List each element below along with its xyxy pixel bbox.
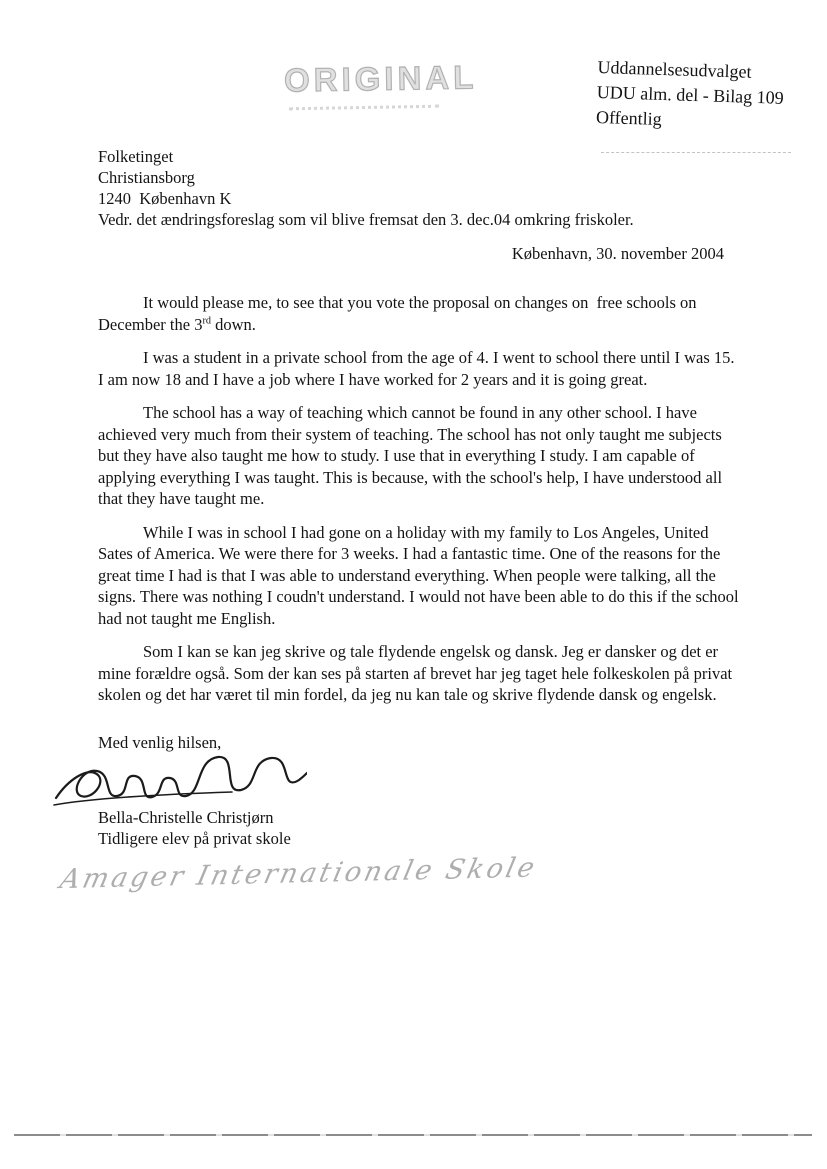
paragraph-1-text-end: down. [211,315,256,334]
paragraph-1-ordinal-superscript: rd [202,315,211,326]
subject-line: Vedr. det ændringsforeslag som vil blive… [98,209,634,230]
handwritten-school-note: Amager Internationale Skole [57,852,564,895]
paragraph-3: The school has a way of teaching which c… [98,402,743,510]
recipient-name: Folketinget [98,146,634,167]
bottom-scan-artifact-line [14,1134,812,1136]
scanned-letter-page: ORIGINAL Uddannelsesudvalget UDU alm. de… [0,0,827,1169]
paragraph-2: I was a student in a private school from… [98,347,743,390]
original-stamp: ORIGINAL [284,58,478,99]
recipient-building: Christiansborg [98,167,634,188]
original-stamp-underline [289,105,439,111]
signer-name: Bella-Christelle Christjørn [98,808,274,828]
paragraph-1-text: It would please me, to see that you vote… [98,293,701,334]
committee-header: Uddannelsesudvalget UDU alm. del - Bilag… [596,55,785,136]
letter-body: It would please me, to see that you vote… [98,292,743,718]
recipient-city: 1240 København K [98,188,634,209]
signer-title: Tidligere elev på privat skole [98,829,291,849]
paragraph-1: It would please me, to see that you vote… [98,292,743,335]
recipient-address-block: Folketinget Christiansborg 1240 Københav… [98,146,634,230]
signature-ink-icon [52,748,307,816]
paragraph-5: Som I kan se kan jeg skrive og tale flyd… [98,641,743,706]
date-line: København, 30. november 2004 [98,244,738,264]
paragraph-4: While I was in school I had gone on a ho… [98,522,743,630]
